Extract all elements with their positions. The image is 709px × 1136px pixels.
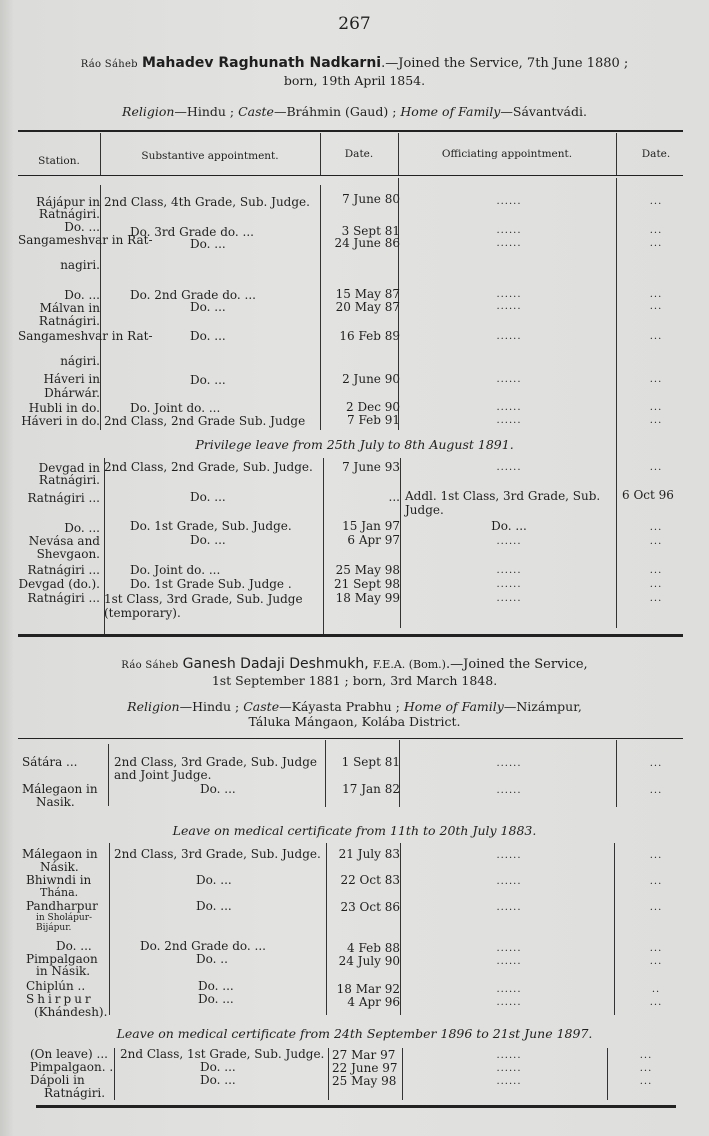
officer-1-title: Ráo Sáheb [81,59,138,70]
officer-2-details: Religion—Hindu ; Caste—Káyasta Prabhu ; … [0,699,709,714]
religion-label: Religion [122,104,174,119]
divider [108,744,109,806]
column-header-officiating: Officiating appointment. [398,148,616,160]
religion-value: —Hindu ; [174,104,234,119]
officer-1-name: Mahadev Raghunath Nadkarni [142,55,381,71]
page-number: 267 [0,14,709,34]
caste-value: —Bráhmin (Gaud) ; [274,104,396,119]
officer-2-home-line2: Táluka Mángaon, Kolába District. [0,714,709,729]
officer-1-born: born, 19th April 1854. [0,73,709,88]
divider [325,740,326,807]
divider [114,1048,115,1100]
officer-2-name: Ganesh Dadaji Deshmukh, [183,656,369,672]
religion-value: —Hindu ; [180,699,240,714]
table-1-header-rule [18,175,683,176]
officer-1-summary: .—Joined the Service, 7th June 1880 ; [381,56,628,71]
religion-label: Religion [127,699,179,714]
officer-2-born: 1st September 1881 ; born, 3rd March 184… [0,673,709,688]
divider [399,740,400,807]
column-header-station: Station. [18,155,100,167]
home-label: Home of Family [404,699,504,714]
officer-2-heading: Ráo Sáheb Ganesh Dadaji Deshmukh, F.E.A.… [0,657,709,673]
officer-2-title: Ráo Sáheb [121,660,178,671]
caste-value: —Káyasta Prabhu ; [279,699,400,714]
officer-2-qualification: F.E.A. (Bom.) [373,658,446,671]
leave-note: Leave on medical certificate from 11th t… [0,823,709,838]
divider [323,458,324,636]
table-2-top-rule [18,738,683,739]
home-value: —Nizámpur, [504,699,582,714]
divider [400,843,401,1015]
officer-1-heading: Ráo Sáheb Mahadev Raghunath Nadkarni.—Jo… [0,56,709,72]
table-2-bottom-rule [36,1105,676,1108]
column-header-date: Date. [320,148,398,160]
home-value: —Sávantvádi. [500,104,587,119]
home-label: Home of Family [400,104,500,119]
divider [109,843,110,1015]
leave-note: Privilege leave from 25th July to 8th Au… [0,437,709,452]
officer-2-summary: .—Joined the Service, [446,657,588,672]
document-page: 267 Ráo Sáheb Mahadev Raghunath Nadkarni… [0,0,709,1136]
officer-1-details: Religion—Hindu ; Caste—Bráhmin (Gaud) ; … [0,104,709,119]
table-1-bottom-rule [18,634,683,637]
leave-note: Leave on medical certificate from 24th S… [0,1026,709,1041]
column-header-off-date: Date. [616,148,696,160]
table-1-top-rule [18,130,683,132]
column-header-substantive: Substantive appointment. [100,150,320,162]
divider [100,185,101,430]
caste-label: Caste [243,699,279,714]
divider [328,1048,329,1100]
caste-label: Caste [238,104,274,119]
